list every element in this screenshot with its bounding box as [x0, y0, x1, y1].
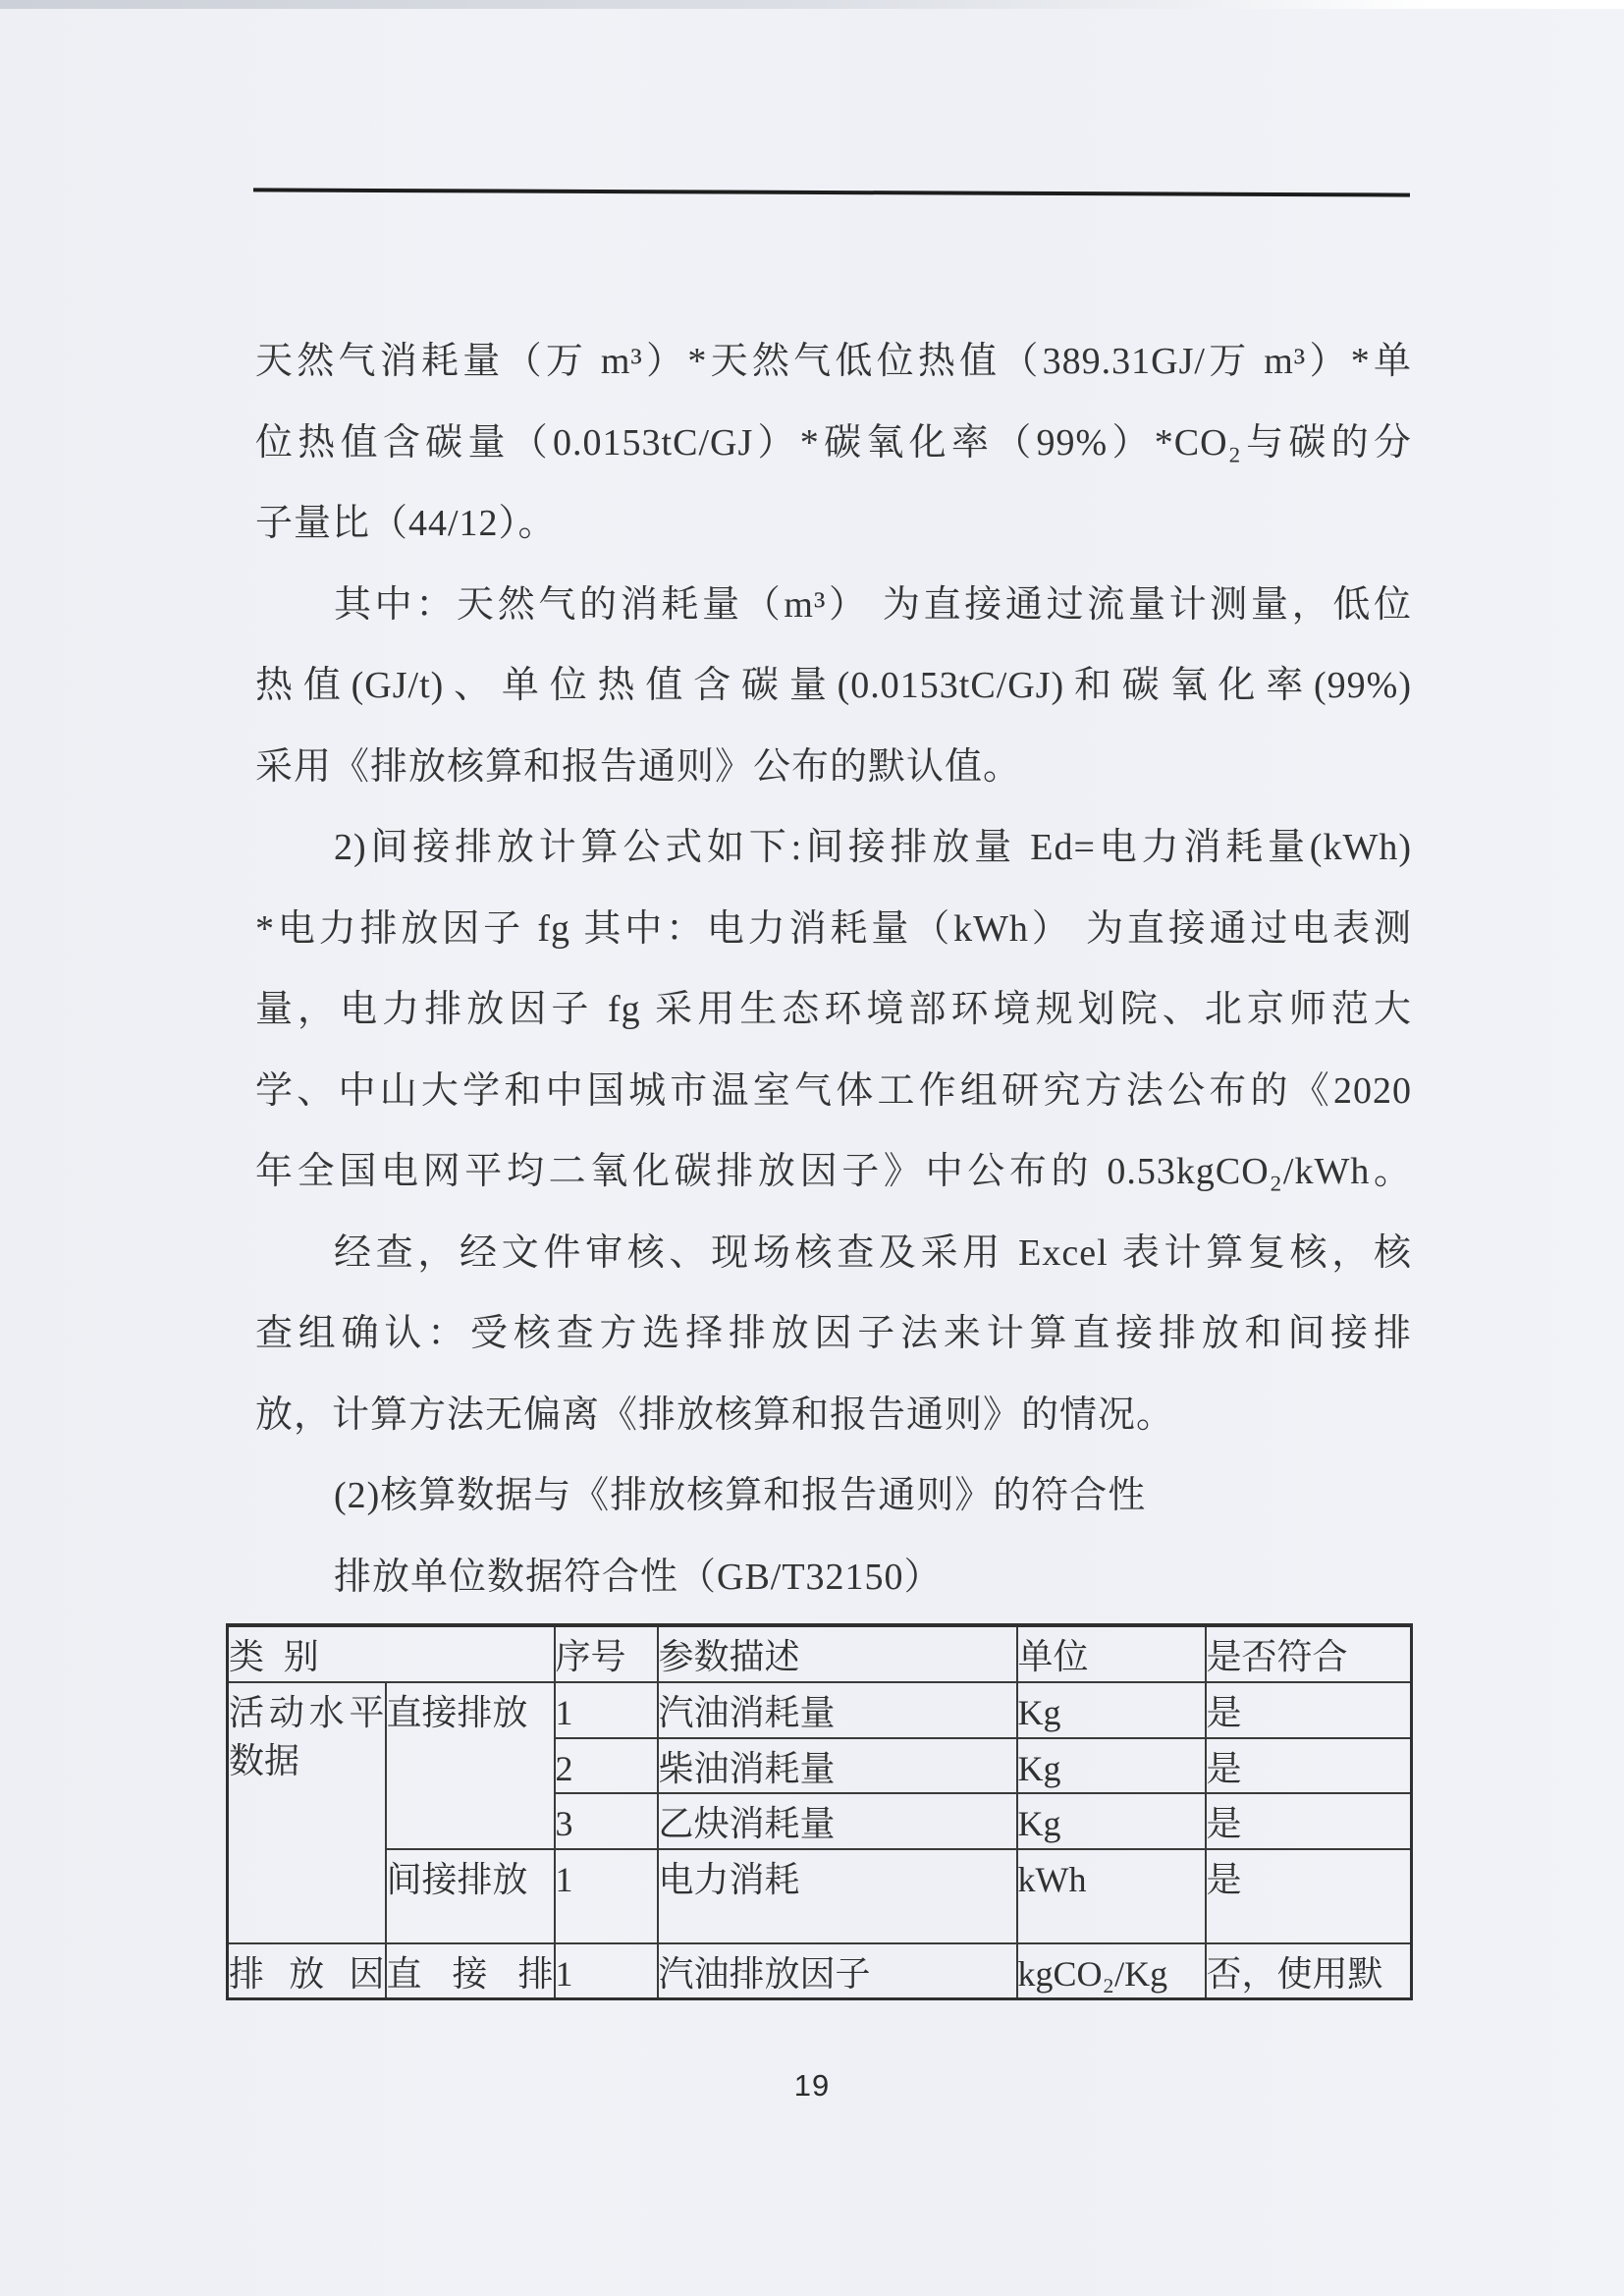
- cell-param: 汽油消耗量: [658, 1682, 1017, 1738]
- body-line: 年全国电网平均二氧化碳排放因子》中公布的 0.53kgCO₂/kWh。: [255, 1131, 1412, 1213]
- cell-unit: kgCO₂/Kg: [1017, 1943, 1206, 1999]
- body-line: 查组确认：受核查方选择排放因子法来计算直接排放和间接排: [255, 1293, 1412, 1375]
- cell-category-activity: 活动水平数据: [228, 1682, 386, 1943]
- cell-subcategory-indirect: 间接排放: [386, 1849, 555, 1943]
- cell-param: 乙炔消耗量: [658, 1793, 1017, 1849]
- body-line: 采用《排放核算和报告通则》公布的默认值。: [255, 727, 1412, 808]
- cell-unit: Kg: [1017, 1793, 1206, 1849]
- cell-subcategory-direct: 直接排放: [386, 1682, 555, 1849]
- page-number: 19: [0, 2068, 1624, 2104]
- header-rule: [253, 188, 1410, 196]
- body-line: 学、中山大学和中国城市温室气体工作组研究方法公布的《2020: [255, 1051, 1412, 1132]
- cell-unit: kWh: [1017, 1849, 1206, 1943]
- body-line: *电力排放因子 fg 其中：电力消耗量（kWh） 为直接通过电表测: [255, 889, 1412, 970]
- body-line: 天然气消耗量（万 m³）*天然气低位热值（389.31GJ/万 m³）*单: [255, 321, 1412, 403]
- document-page: 天然气消耗量（万 m³）*天然气低位热值（389.31GJ/万 m³）*单 位热…: [0, 0, 1624, 2296]
- header-cell-category: 类别: [228, 1625, 555, 1682]
- cell-subcategory-direct: 直接排: [386, 1943, 555, 1999]
- cell-no: 1: [555, 1943, 658, 1999]
- cell-unit: Kg: [1017, 1738, 1206, 1794]
- body-line: 放，计算方法无偏离《排放核算和报告通则》的情况。: [255, 1375, 1412, 1456]
- cell-no: 2: [555, 1738, 658, 1794]
- body-line: 量，电力排放因子 fg 采用生态环境部环境规划院、北京师范大: [255, 969, 1412, 1051]
- cell-unit: Kg: [1017, 1682, 1206, 1738]
- body-text: 天然气消耗量（万 m³）*天然气低位热值（389.31GJ/万 m³）*单 位热…: [255, 321, 1412, 1617]
- body-line: 其中：天然气的消耗量（m³） 为直接通过流量计测量，低位: [255, 565, 1412, 646]
- cell-conform: 是: [1206, 1793, 1412, 1849]
- table-row: 活动水平数据 直接排放 1 汽油消耗量 Kg 是: [228, 1682, 1412, 1738]
- cell-no: 1: [555, 1849, 658, 1943]
- body-line: (2)核算数据与《排放核算和报告通则》的符合性: [255, 1455, 1412, 1537]
- cell-conform: 是: [1206, 1682, 1412, 1738]
- header-cell-unit: 单位: [1017, 1625, 1206, 1682]
- cell-conform: 是: [1206, 1849, 1412, 1943]
- cell-conform: 否，使用默: [1206, 1943, 1412, 1999]
- header-cell-no: 序号: [555, 1625, 658, 1682]
- cell-conform: 是: [1206, 1738, 1412, 1794]
- table-row: 排放因 直接排 1 汽油排放因子 kgCO₂/Kg 否，使用默: [228, 1943, 1412, 1999]
- cell-no: 3: [555, 1793, 658, 1849]
- body-line: 子量比（44/12）。: [255, 483, 1412, 565]
- body-line: 热值(GJ/t)、单位热值含碳量(0.0153tC/GJ)和碳氧化率(99%): [255, 645, 1412, 727]
- body-line: 2)间接排放计算公式如下:间接排放量 Ed=电力消耗量(kWh): [255, 807, 1412, 889]
- table-row: 间接排放 1 电力消耗 kWh 是: [228, 1849, 1412, 1943]
- table-header-row: 类别 序号 参数描述 单位 是否符合: [228, 1625, 1412, 1682]
- body-line: 经查，经文件审核、现场核查及采用 Excel 表计算复核，核: [255, 1213, 1412, 1294]
- body-line: 排放单位数据符合性（GB/T32150）: [255, 1537, 1412, 1618]
- cell-category-emission-factor: 排放因: [228, 1943, 386, 1999]
- cell-param: 柴油消耗量: [658, 1738, 1017, 1794]
- header-cell-conform: 是否符合: [1206, 1625, 1412, 1682]
- compliance-table: 类别 序号 参数描述 单位 是否符合 活动水平数据 直接排放 1 汽油消耗量 K…: [226, 1623, 1413, 2000]
- header-cell-param: 参数描述: [658, 1625, 1017, 1682]
- cell-no: 1: [555, 1682, 658, 1738]
- scan-top-edge: [0, 0, 1624, 9]
- cell-param: 电力消耗: [658, 1849, 1017, 1943]
- body-line: 位热值含碳量（0.0153tC/GJ）*碳氧化率（99%）*CO₂与碳的分: [255, 403, 1412, 484]
- cell-param: 汽油排放因子: [658, 1943, 1017, 1999]
